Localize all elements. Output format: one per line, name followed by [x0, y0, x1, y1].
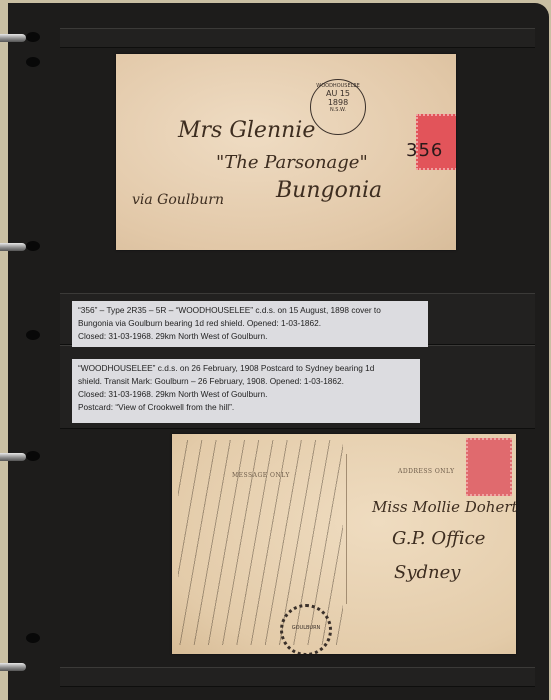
binder-ring: [0, 243, 26, 251]
message-only-label: MESSAGE ONLY: [232, 472, 290, 479]
cover-envelope[interactable]: WOODHOUSELEE AU 15 1898 N.S.W. 356 Mrs G…: [116, 54, 456, 250]
punch-hole: [26, 57, 40, 67]
cds-postmark: WOODHOUSELEE AU 15 1898 N.S.W.: [310, 79, 366, 135]
postcard-divider: [346, 454, 347, 604]
postcard-1908[interactable]: MESSAGE ONLY ADDRESS ONLY Miss Mollie Do…: [172, 434, 516, 654]
addressee-house: "The Parsonage": [216, 152, 368, 173]
punch-hole: [26, 241, 40, 251]
stamp-1d-shield: [466, 438, 512, 496]
postcard-addressee-office: G.P. Office: [392, 528, 485, 549]
numeral-cancel: 356: [406, 140, 443, 161]
transit-mark-goulburn: GOULBURN: [280, 604, 332, 654]
binder-ring: [0, 663, 26, 671]
caption-cover-1898: “356” – Type 2R35 – 5R – “WOODHOUSELEE” …: [72, 301, 428, 347]
punch-hole: [26, 451, 40, 461]
page-strip-top: [60, 28, 535, 48]
caption-postcard-1908: “WOODHOUSELEE” c.d.s. on 26 February, 19…: [72, 359, 420, 423]
addressee-name: Mrs Glennie: [178, 118, 315, 143]
page-strip-bottom: [60, 667, 535, 687]
addressee-town: Bungonia: [276, 178, 382, 203]
postcard-addressee-city: Sydney: [394, 562, 460, 583]
punch-hole: [26, 32, 40, 42]
routing-note: via Goulburn: [132, 192, 224, 208]
address-only-label: ADDRESS ONLY: [398, 468, 455, 475]
punch-hole: [26, 633, 40, 643]
binder-ring: [0, 34, 26, 42]
postcard-addressee-name: Miss Mollie Doherty: [372, 498, 516, 516]
binder-ring: [0, 453, 26, 461]
stamp-1d-red-shield: 356: [416, 114, 456, 170]
punch-hole: [26, 330, 40, 340]
